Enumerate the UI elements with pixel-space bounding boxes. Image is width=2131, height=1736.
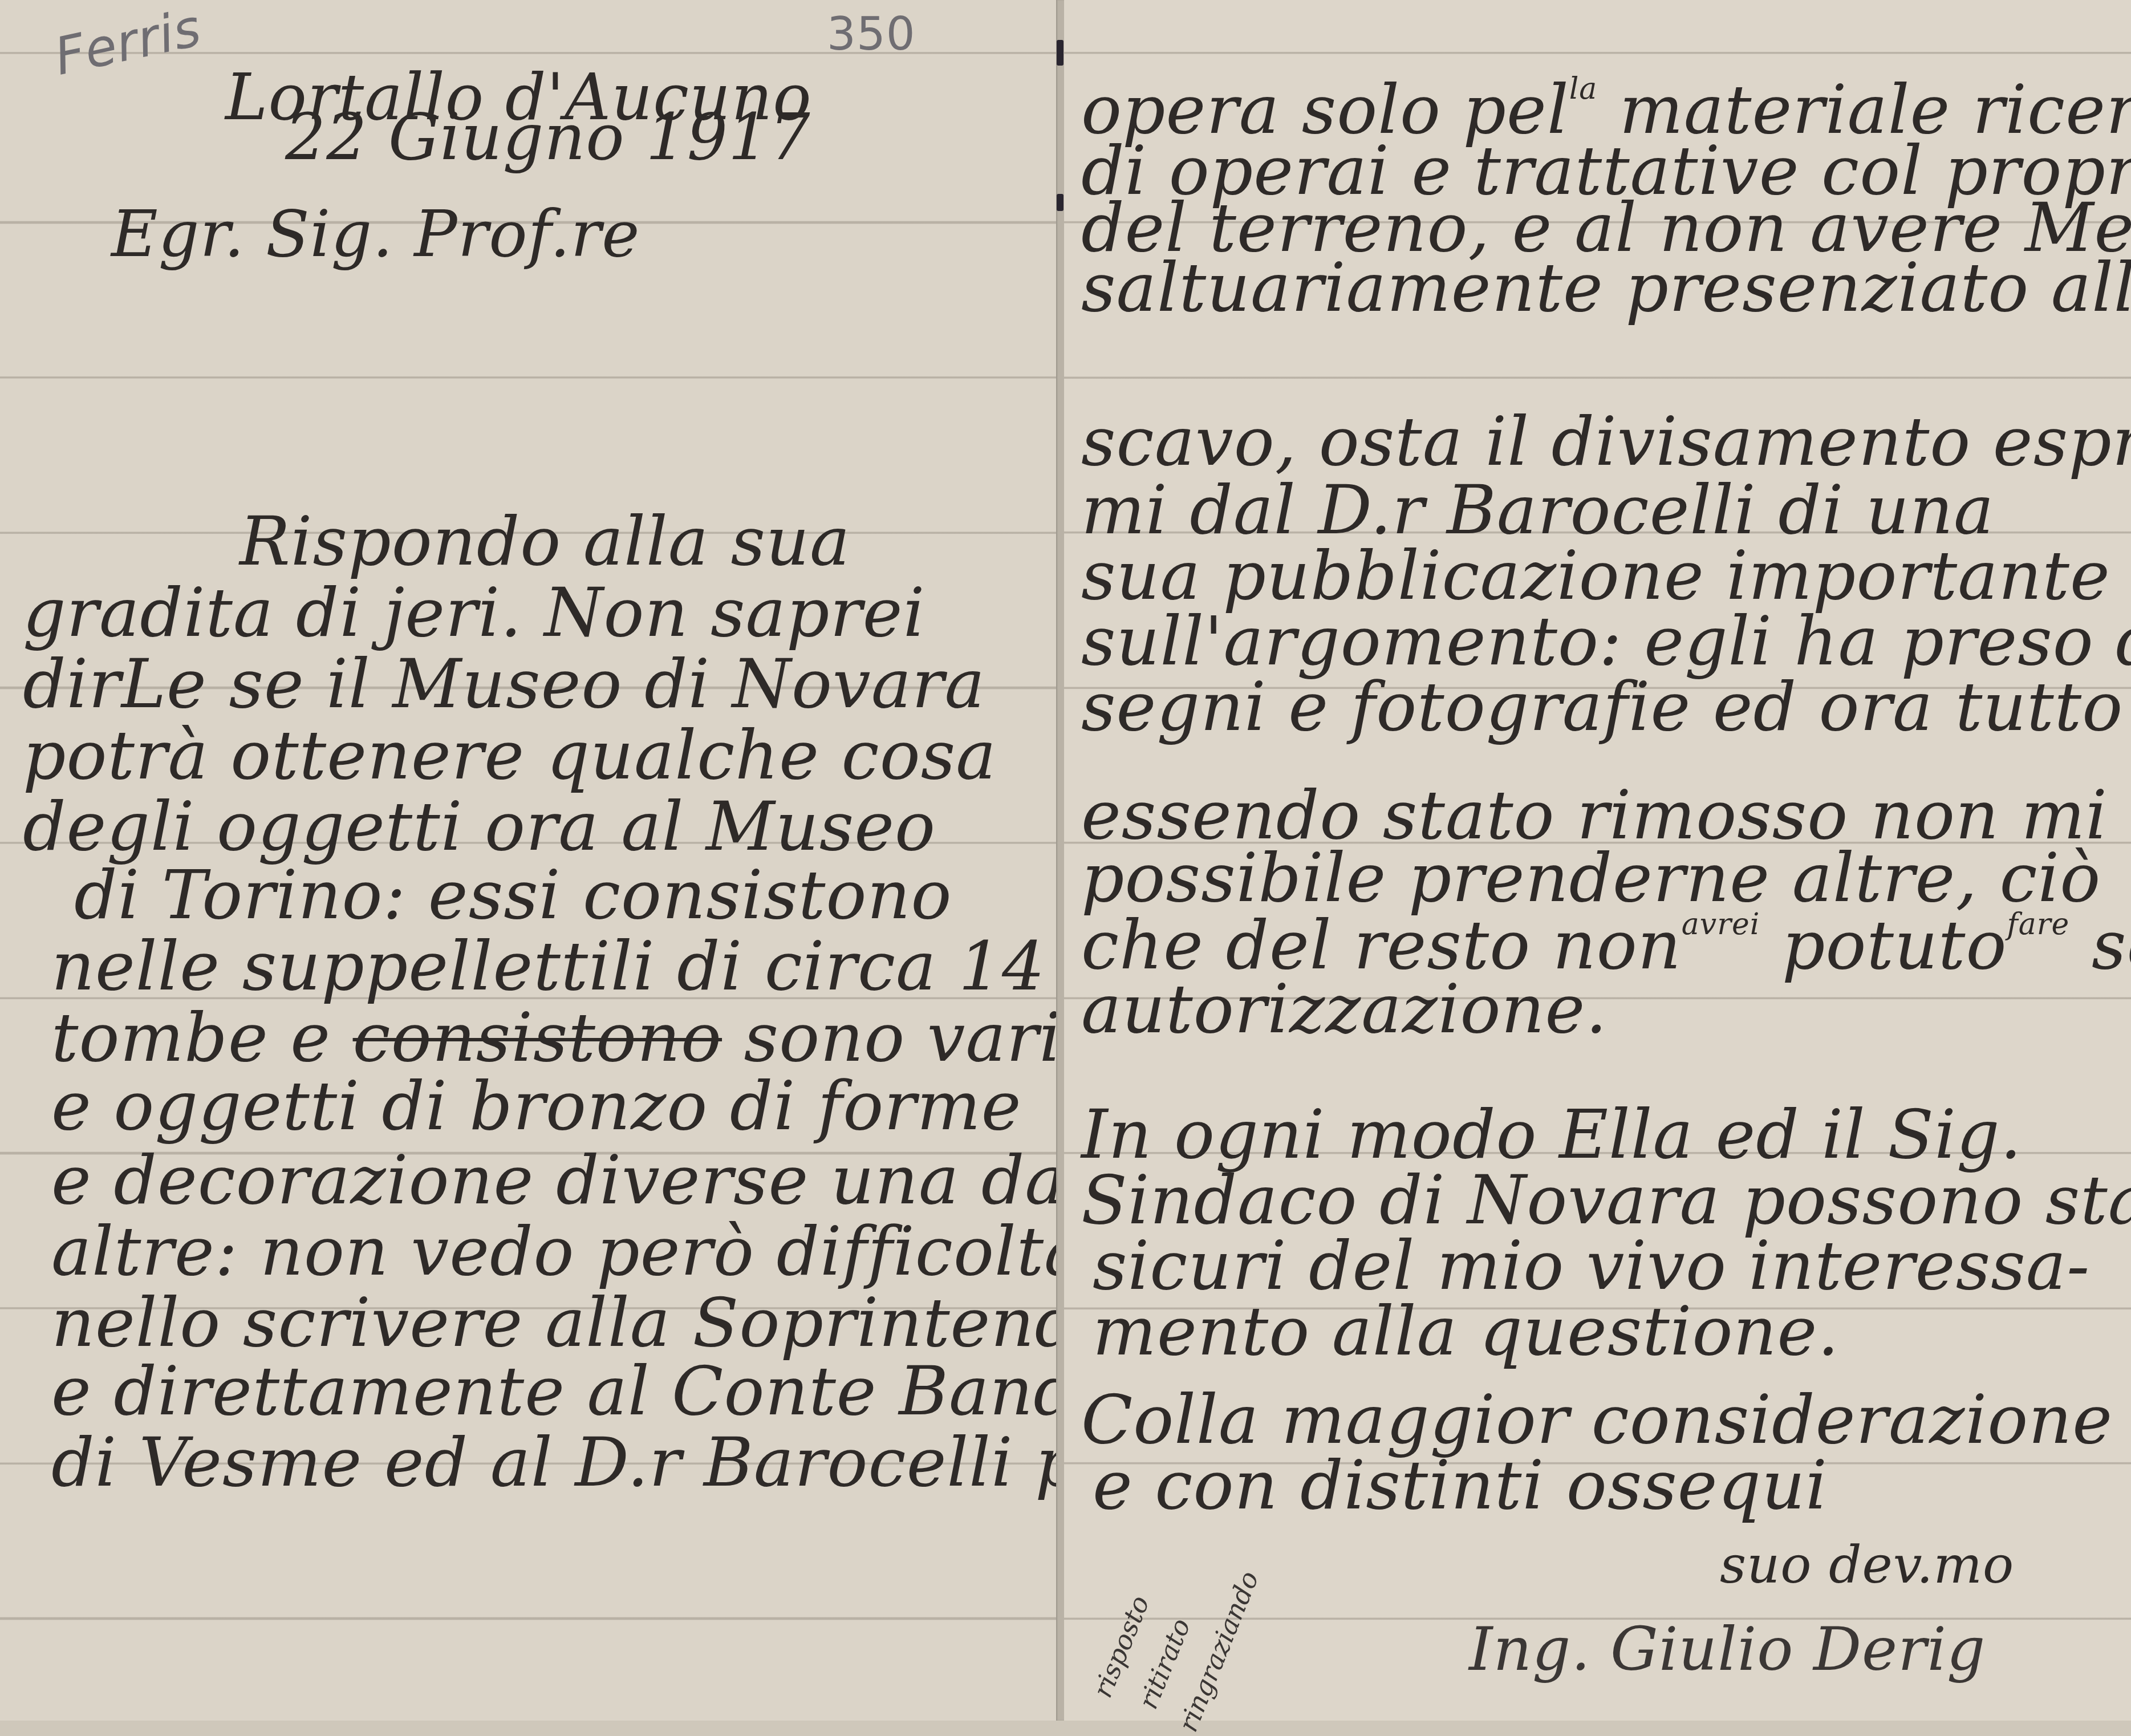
binding-mark (1057, 40, 1064, 66)
body-line: dirLe se il Museo di Novara (23, 650, 985, 717)
body-line: e decorazione diverse una dalle (51, 1146, 1150, 1214)
body-text: potuto (1782, 906, 2007, 984)
body-line: degli oggetti ora al Museo (23, 793, 936, 860)
body-line: In ogni modo Ella ed il Sig. (1081, 1101, 2022, 1168)
body-line: segni e fotografie ed ora tutto (1081, 673, 2123, 740)
body-line: mento alla questione. (1093, 1297, 1840, 1365)
left-page: Ferris 350 Lortallo d'Aucuno 22 Giugno 1… (0, 0, 1056, 1721)
insertion: la (1569, 72, 1598, 106)
body-line: tombe e consistono sono vari (51, 1004, 1061, 1071)
letter-salutation: Egr. Sig. Prof.re (111, 202, 640, 266)
closing-formula: suo dev.mo (1720, 1540, 2014, 1591)
body-line: potrà ottenere qualche cosa (23, 721, 997, 789)
body-line: mi dal D.r Barocelli di una (1081, 476, 1994, 543)
body-line: e con distinti ossequi (1093, 1451, 1828, 1519)
pencil-annotation: Ferris (50, 2, 205, 83)
body-line: altre: non vedo però difficoltà (51, 1218, 1085, 1285)
body-line: sull'argomento: egli ha preso di- (1081, 607, 2131, 675)
body-line: autorizzazione. (1081, 975, 1608, 1043)
insertion: fare (2007, 907, 2069, 942)
body-line: Rispondo alla sua (240, 508, 850, 575)
body-text: tombe e (51, 998, 331, 1077)
body-line: sua pubblicazione importante (1081, 542, 2110, 609)
body-text: sono vari (744, 998, 1061, 1077)
body-line: di Vesme ed al D.r Barocelli per (51, 1429, 1152, 1496)
letter-spread: Ferris 350 Lortallo d'Aucuno 22 Giugno 1… (0, 0, 2131, 1721)
body-line: che del resto nonavrei potutofare senza … (1081, 910, 2131, 979)
body-line: di Torino: essi consistono (74, 861, 952, 928)
body-line: e direttamente al Conte Bandi (51, 1357, 1099, 1425)
archive-number: 350 (827, 11, 916, 57)
body-line: sicuri del mio vivo interessa- (1093, 1232, 2090, 1299)
body-line: nelle suppellettili di circa 14 (51, 932, 1045, 1000)
insertion: avrei (1682, 907, 1760, 942)
body-line: e oggetti di bronzo di forme (51, 1072, 1022, 1139)
body-line: gradita di jeri. Non saprei (23, 579, 925, 646)
body-line: Colla maggior considerazione (1081, 1386, 2113, 1453)
letter-date: 22 Giugno 1917 (285, 106, 810, 169)
binding-mark (1057, 194, 1064, 211)
struck-word: consistono (353, 998, 722, 1077)
body-line: possibile prenderne altre, ciò (1081, 844, 2101, 911)
body-line: Sindaco di Novara possono star (1081, 1166, 2131, 1234)
page-gutter (1056, 0, 1064, 1721)
signature: Ing. Giulio Derig (1469, 1620, 1986, 1680)
right-page: opera solo pella materiale ricerca di op… (1064, 0, 2131, 1721)
body-line: saltuariamente presenziato allo (1081, 254, 2131, 321)
body-text: senza sua (2092, 906, 2131, 984)
body-line: scavo, osta il divisamento espresso (1081, 408, 2131, 475)
